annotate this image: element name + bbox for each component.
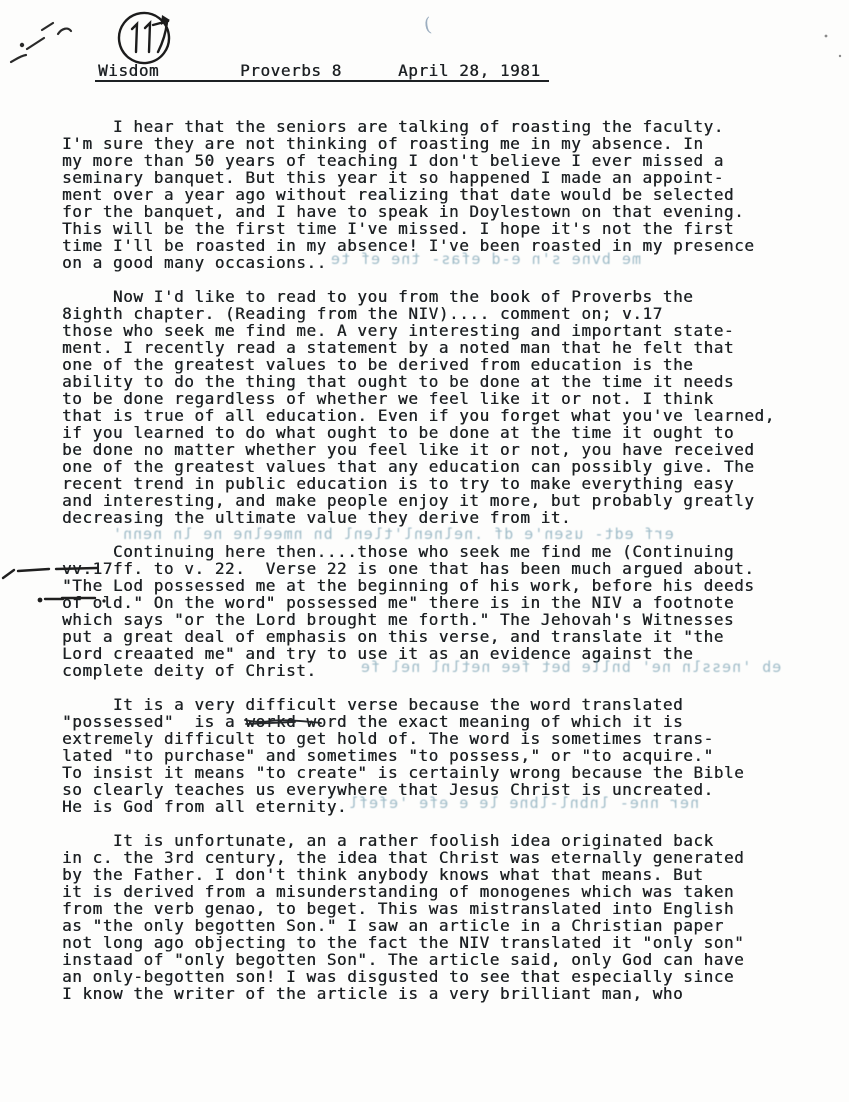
header-underline xyxy=(95,80,549,82)
paper-speck xyxy=(825,35,842,58)
paragraph: I hear that the seniors are talking of r… xyxy=(62,118,807,271)
circled-page-number xyxy=(116,10,172,66)
header-topic: Wisdom xyxy=(98,61,159,80)
bleedthrough-text: eb 'nessln ne' bnlle bet fee netlnl nel … xyxy=(360,659,781,675)
bleedthrough-text: ner nne- lnbnl-lbne le e efe 'efefl xyxy=(348,795,699,811)
paragraph: Now I'd like to read to you from the boo… xyxy=(62,288,807,526)
bleedthrough-text: erf edt- usen'e df .nelnenl'tlenl bn nme… xyxy=(112,526,674,542)
paragraph: It is unfortunate, an a rather foolish i… xyxy=(62,832,807,1002)
header-date: April 28, 1981 xyxy=(398,61,541,80)
pencil-corner-mark: ( xyxy=(423,14,433,37)
scanned-document-page: Wisdom Proverbs 8 April 28, 1981 ( I hea… xyxy=(0,0,849,1102)
bleedthrough-text: me bvne s'n e-d efas- tne ef te xyxy=(330,251,641,267)
header-passage: Proverbs 8 xyxy=(240,61,342,80)
corner-scribble-icon xyxy=(11,23,71,62)
